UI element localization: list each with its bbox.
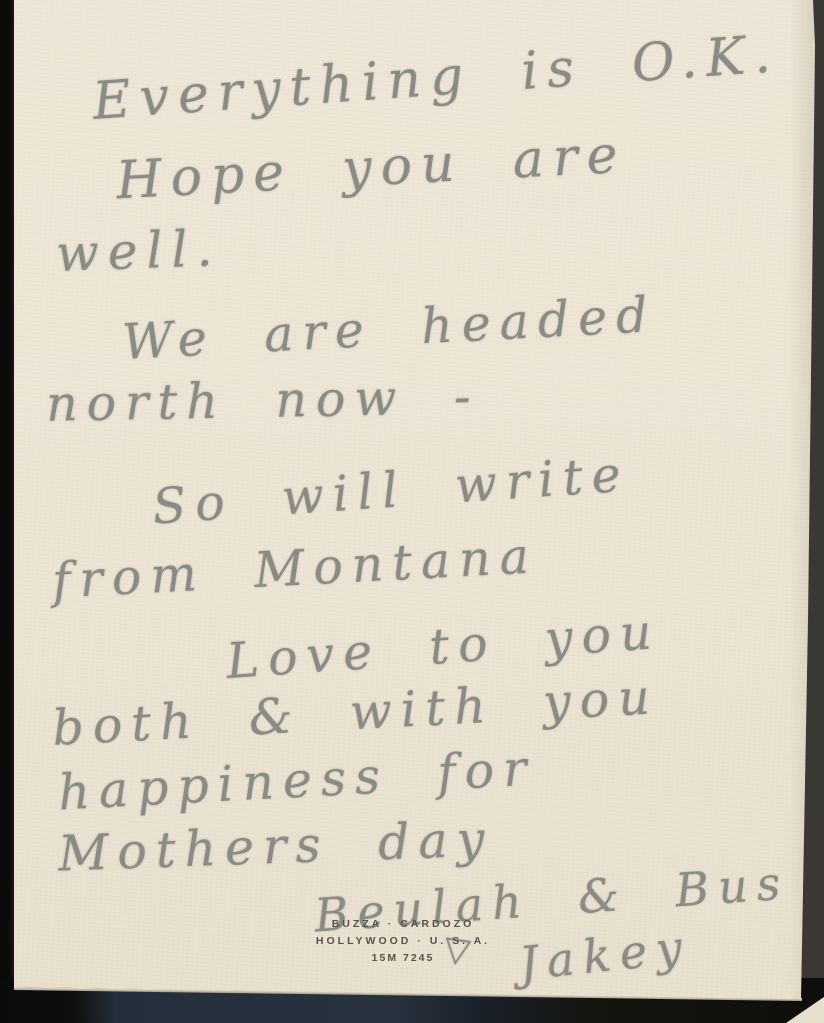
handwriting-line: from Montana — [51, 527, 539, 609]
printer-mark: BUZZA · CARDOZO HOLLYWOOD · U. S. A. 15M… — [310, 916, 496, 967]
printer-mark-brand: BUZZA · CARDOZO — [310, 916, 496, 933]
handwriting-line: So will write — [151, 445, 632, 535]
printer-mark-number: 15M 7245 — [310, 950, 496, 967]
scanned-letter: Everything is O.K. Hope you are well. We… — [0, 0, 824, 1023]
handwriting-line: We are headed — [121, 286, 658, 371]
handwriting-line: both & with you — [51, 668, 660, 757]
scan-background-left — [0, 0, 15, 1023]
handwriting-line: north now - — [46, 368, 480, 433]
printer-mark-location: HOLLYWOOD · U. S. A. — [310, 933, 496, 950]
handwriting-line: Everything is O.K. — [91, 24, 782, 132]
letter-paper: Everything is O.K. Hope you are well. We… — [14, 0, 815, 1006]
handwriting-line: well. — [55, 219, 222, 283]
handwriting-line: Mothers day — [57, 810, 494, 882]
signature-line: Jakey — [517, 919, 694, 991]
handwriting-line: Hope you are — [115, 125, 628, 212]
